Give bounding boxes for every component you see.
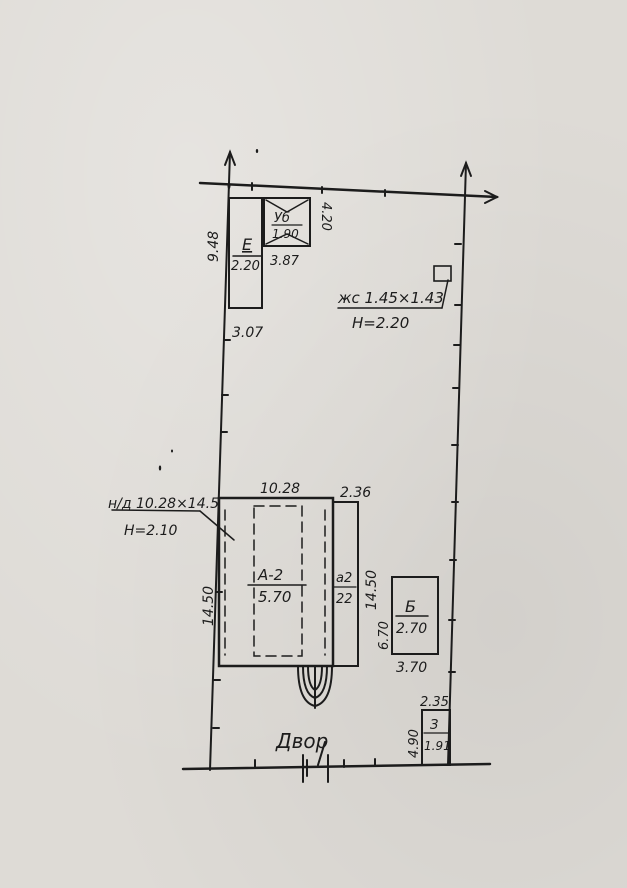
building-z: З 1.91 2.35 4.90 (407, 695, 451, 765)
building-z-width: 2.35 (420, 695, 449, 710)
house-a2-top-width: 10.28 (260, 481, 300, 497)
building-e-area: 2.20 (231, 259, 260, 274)
annex-a2-length: 14.50 (364, 570, 380, 610)
building-z-depth: 4.90 (407, 729, 422, 758)
porch-icon (298, 666, 332, 708)
left-length-label: 9.48 (206, 231, 222, 262)
toilet-depth: 4.20 (318, 202, 333, 231)
annex-a2: а2 22 2.36 14.50 (333, 485, 380, 666)
annex-a2-letter: а2 (336, 571, 352, 586)
building-z-area: 1.91 (424, 739, 451, 753)
building-b-letter: Б (405, 597, 416, 616)
house-a2-annotation: н/д 10.28×14.5 (108, 496, 219, 512)
house-a2-left-length: 14.50 (201, 586, 217, 626)
toilet-area: 1.90 (272, 227, 299, 241)
building-b-depth: 6.70 (377, 621, 392, 650)
toilet-letter: Уб (274, 211, 290, 226)
building-e-letter: Е (242, 235, 253, 254)
building-toilet: Уб 1.90 3.87 4.20 (264, 198, 333, 269)
house-a2-height: Н=2.10 (124, 523, 178, 539)
house-a2-letter: А-2 (257, 566, 283, 584)
building-z-letter: З (430, 718, 438, 733)
toilet-width: 3.87 (270, 254, 300, 269)
well-height: Н=2.20 (352, 314, 409, 332)
house-a2: А-2 5.70 10.28 14.50 н/д 10.28×14.5 Н=2.… (108, 481, 333, 666)
house-a2-area: 5.70 (258, 588, 291, 606)
building-e-width: 3.07 (232, 325, 263, 341)
annex-a2-area: 22 (336, 592, 353, 607)
well: жс 1.45×1.43 Н=2.20 (337, 266, 451, 332)
building-b-area: 2.70 (396, 621, 427, 637)
site-boundary (183, 152, 497, 782)
building-b: Б 2.70 3.70 6.70 (377, 577, 438, 676)
site-plan: 9.48 Е 2.20 3.07 Уб 1.90 3.87 4.20 жс 1.… (0, 0, 627, 888)
annex-a2-width: 2.36 (340, 485, 371, 501)
well-label: жс 1.45×1.43 (337, 289, 444, 307)
building-e: Е 2.20 3.07 (229, 198, 263, 341)
building-b-width: 3.70 (396, 660, 427, 676)
yard-label: Двор (275, 729, 328, 753)
